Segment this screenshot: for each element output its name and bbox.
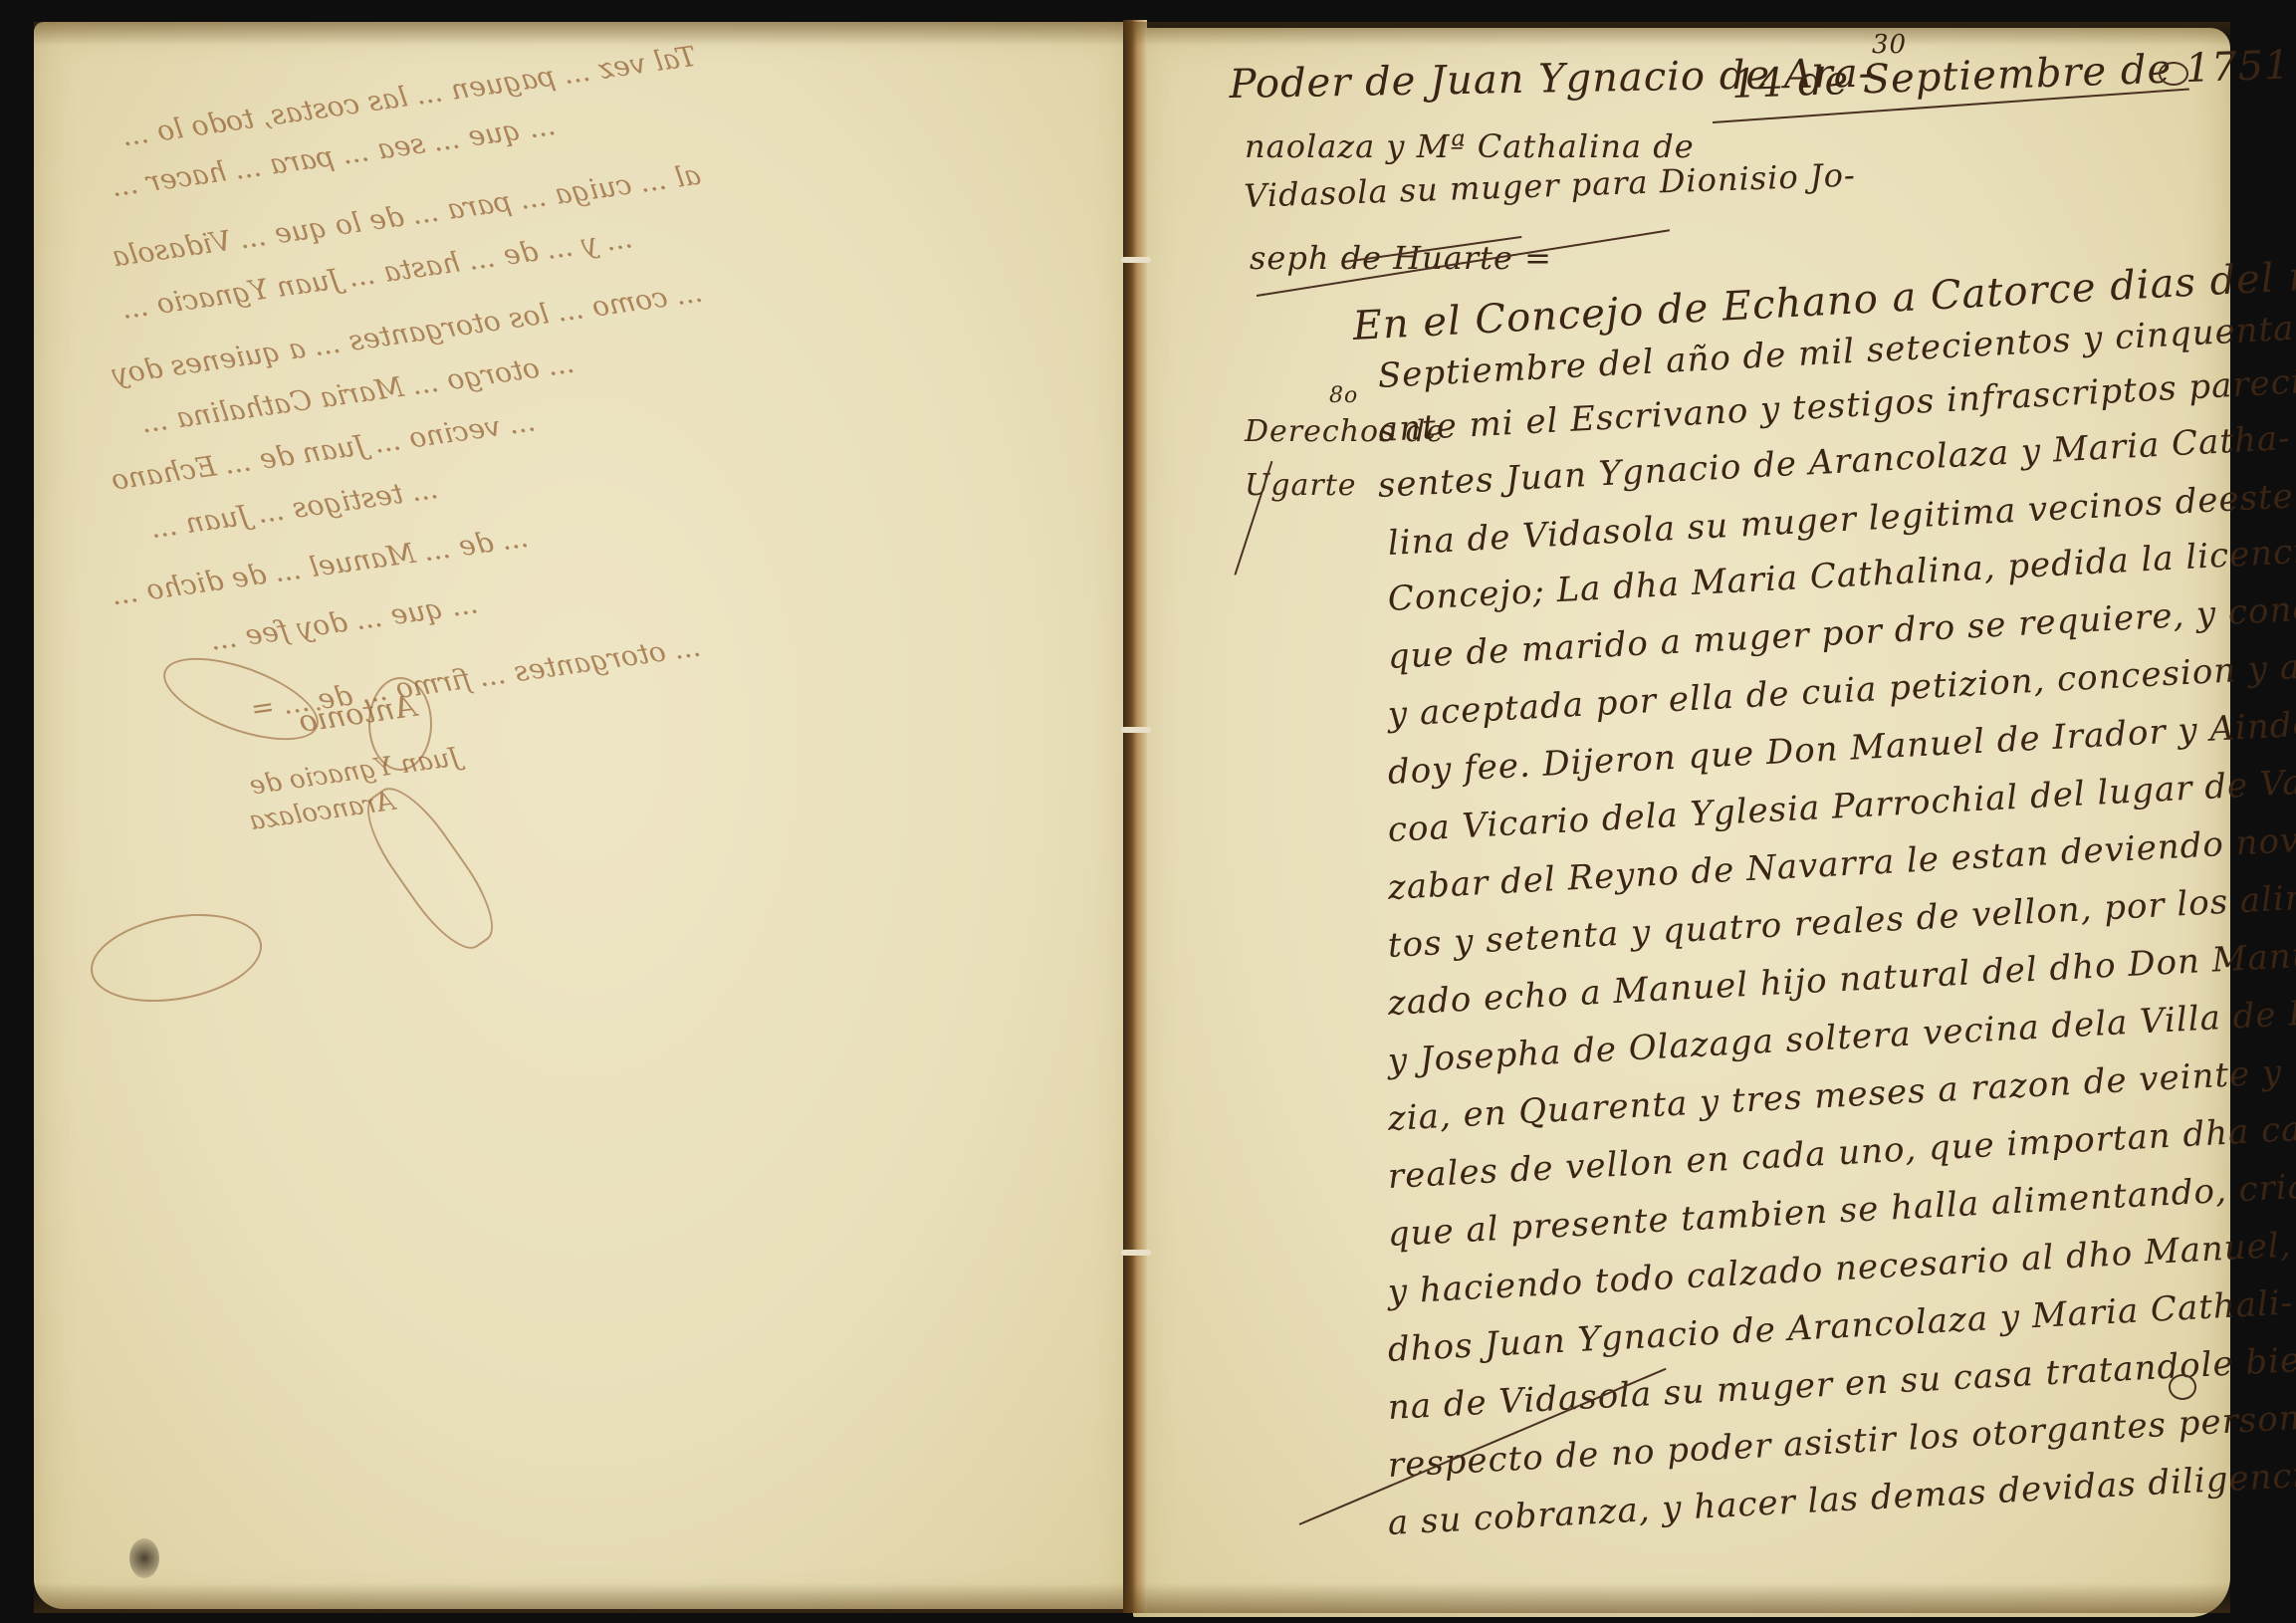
binding-string xyxy=(1121,257,1151,263)
closing-flourish xyxy=(2169,1374,2196,1400)
binding-string xyxy=(1121,727,1151,733)
ink-blot xyxy=(129,1538,159,1578)
binding-string xyxy=(1121,1250,1151,1256)
bottom-edge-stain xyxy=(34,1583,2230,1613)
margin-note-line: Ugarte xyxy=(1245,468,1357,503)
margin-note-superscript: 8o xyxy=(1329,383,1358,408)
header-title-line: naolaza y Mª Cathalina de xyxy=(1245,127,1695,165)
date-correction: 30 xyxy=(1872,30,1907,60)
header-flourish xyxy=(2159,62,2188,86)
